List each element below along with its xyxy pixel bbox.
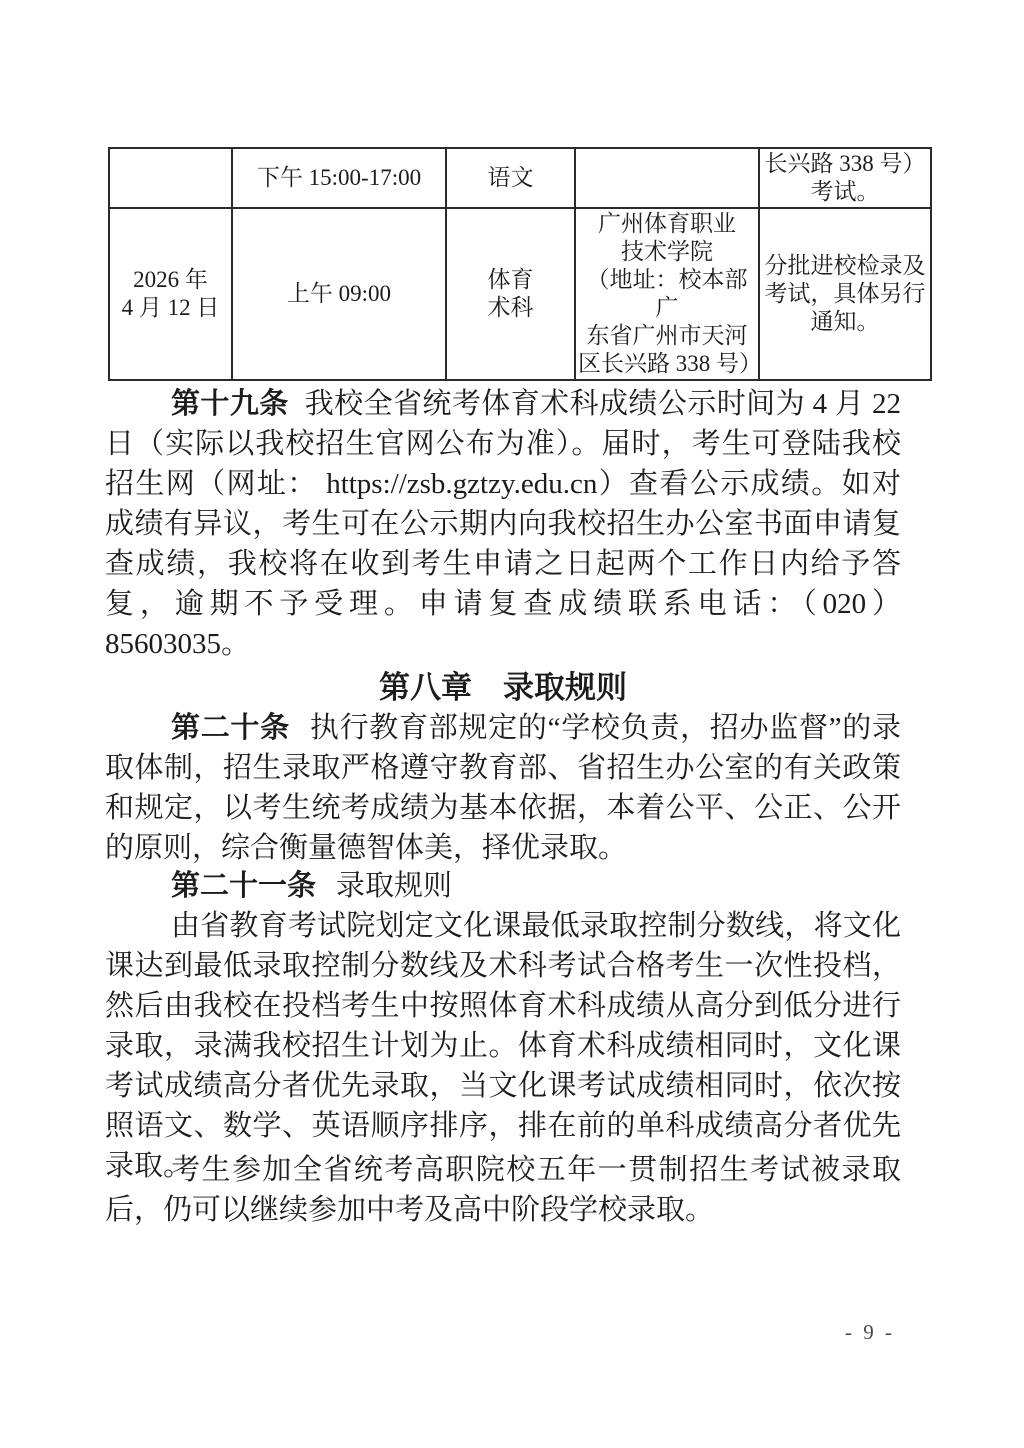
article-19-text: 我校全省统考体育术科成绩公示时间为 4 月 22 日（实际以我校招生官网公布为准… xyxy=(105,388,901,660)
cell-exam-time: 下午 15:00-17:00 xyxy=(232,148,446,208)
cell-exam-subject: 语文 xyxy=(446,148,575,208)
chapter-8-heading: 第八章 录取规则 xyxy=(105,668,901,708)
cell-exam-subject: 体育 术科 xyxy=(446,208,575,380)
cell-exam-time: 上午 09:00 xyxy=(232,208,446,380)
cell-exam-date xyxy=(109,148,232,208)
article-21-extra: 考生参加全省统考高职院校五年一贯制招生考试被录取后，仍可以继续参加中考及高中阶段… xyxy=(105,1150,901,1230)
cell-exam-note: 长兴路 338 号） 考试。 xyxy=(759,148,931,208)
table-row: 下午 15:00-17:00 语文 长兴路 338 号） 考试。 xyxy=(109,148,931,208)
article-21-label: 第二十一条 xyxy=(171,870,316,902)
article-21-body: 由省教育考试院划定文化课最低录取控制分数线，将文化课达到最低录取控制分数线及术科… xyxy=(105,906,901,1186)
cell-exam-date: 2026 年 4 月 12 日 xyxy=(109,208,232,380)
cell-exam-location xyxy=(575,148,759,208)
page-number: - 9 - xyxy=(845,1320,895,1345)
article-21-title: 第二十一条录取规则 xyxy=(105,866,901,906)
exam-schedule-table: 下午 15:00-17:00 语文 长兴路 338 号） 考试。 2026 年 … xyxy=(108,147,932,381)
document-page: 下午 15:00-17:00 语文 长兴路 338 号） 考试。 2026 年 … xyxy=(0,0,1024,1448)
article-19-label: 第十九条 xyxy=(171,388,289,420)
article-20-label: 第二十条 xyxy=(171,712,290,744)
cell-exam-location: 广州体育职业 技术学院 （地址：校本部广 东省广州市天河 区长兴路 338 号） xyxy=(575,208,759,380)
article-20: 第二十条执行教育部规定的“学校负责，招办监督”的录取体制，招生录取严格遵守教育部… xyxy=(105,708,901,868)
cell-exam-note: 分批进校检录及 考试，具体另行 通知。 xyxy=(759,208,931,380)
article-19: 第十九条我校全省统考体育术科成绩公示时间为 4 月 22 日（实际以我校招生官网… xyxy=(105,384,901,664)
table-row: 2026 年 4 月 12 日 上午 09:00 体育 术科 广州体育职业 技术… xyxy=(109,208,931,380)
article-21-title-text: 录取规则 xyxy=(336,870,452,902)
